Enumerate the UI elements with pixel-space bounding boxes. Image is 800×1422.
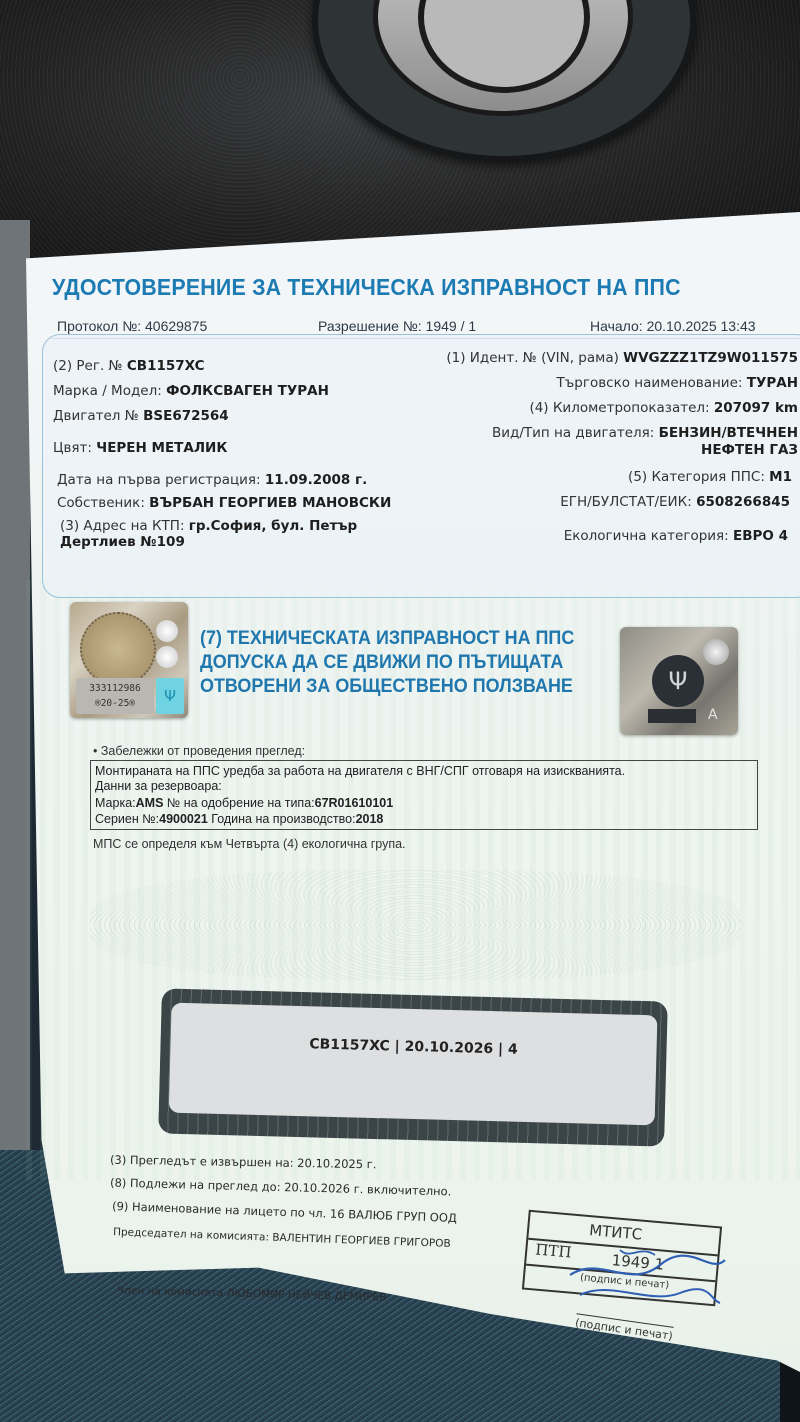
field-category: (5) Категория ППС: M1 [628,469,792,485]
value: ЧЕРЕН МЕТАЛИК [96,440,227,456]
permit-label: Разрешение №: [318,318,422,334]
plate-sticker-inner: CB1157XC | 20.10.2026 | 4 [169,1003,658,1126]
field-engine-type-cont: НЕФТЕН ГАЗ [701,442,798,458]
field-egn: ЕГН/БУЛСТАТ/ЕИК: 6508266845 [560,494,790,510]
field-first-registration: Дата на първа регистрация: 11.09.2008 г. [57,472,367,488]
plate-sticker-text: CB1157XC | 20.10.2026 | 4 [170,1033,656,1062]
plate-sticker: CB1157XC | 20.10.2026 | 4 [158,988,668,1146]
value: 11.09.2008 г. [265,472,367,488]
label: ЕГН/БУЛСТАТ/ЕИК: [560,494,692,510]
value: M1 [769,469,792,485]
value: 6508266845 [696,494,790,510]
value-line1: БЕНЗИН/ВТЕЧНЕН [659,425,798,441]
admission-statement: (7) ТЕХНИЧЕСКАТА ИЗПРАВНОСТ НА ППС ДОПУС… [200,626,574,698]
sticker-serial: 333112986 ®20-25® [76,678,154,714]
hologram-dot-icon [156,646,178,668]
hub-ring [373,0,633,116]
emblem-icon: Ψ [652,655,704,707]
serial-number: 333112986 [76,681,154,696]
hologram-dot-icon [156,620,178,642]
start-datetime: Начало: 20.10.2025 13:43 [590,318,756,334]
label: Търговско наименование: [557,375,743,391]
label: (3) Адрес на КТП: [60,518,185,534]
value: 4900021 [159,812,208,826]
value: ВЪРБАН ГЕОРГИЕВ МАНОВСКИ [149,495,391,511]
label: (4) Километропоказател: [529,400,709,416]
notes-line-2: Данни за резервоара: [95,779,222,793]
label: Вид/Тип на двигателя: [492,425,654,441]
label: Дата на първа регистрация: [57,472,261,488]
value-line2: НЕФТЕН ГАЗ [701,442,798,458]
field-trade-name: Търговско наименование: ТУРАН [557,375,798,391]
certificate-title: УДОСТОВЕРЕНИЕ ЗА ТЕХНИЧЕСКА ИЗПРАВНОСТ Н… [52,274,681,301]
label: (5) Категория ППС: [628,469,765,485]
hologram-sticker-right: Ψ A [620,627,738,735]
field-make-model: Марка / Модел: ФОЛКСВАГЕН ТУРАН [53,383,329,399]
value: 67R01610101 [315,796,394,810]
value: CB1157XC [127,358,205,374]
signature-icon [560,1245,730,1315]
redaction-bar [648,709,696,723]
stamp-authority: МТИТС [589,1221,643,1244]
permit-number: Разрешение №: 1949 / 1 [318,318,476,334]
field-ktp-address: (3) Адрес на КТП: гр.София, бул. Петър [60,518,357,534]
hologram-dot-icon [703,639,729,665]
label: Марка: [95,796,136,810]
field-reg-no: (2) Рег. № CB1157XC [53,358,204,374]
value: ФОЛКСВАГЕН ТУРАН [166,383,329,399]
value: AMS [136,796,164,810]
notes-tank-serial: Сериен №:4900021 Година на производство:… [95,812,383,826]
admission-line-1: (7) ТЕХНИЧЕСКАТА ИЗПРАВНОСТ НА ППС [200,626,574,650]
value: WVGZZZ1TZ9W011575 [623,350,798,366]
value: 207097 km [714,400,798,416]
field-engine-no: Двигател № BSE672564 [53,408,229,424]
protocol-number: Протокол №: 40629875 [57,318,207,334]
label: Марка / Модел: [53,383,162,399]
value-line2: Дертлиев №109 [60,534,185,550]
label: Година на производство: [208,812,356,826]
label: Цвят: [53,440,92,456]
field-color: Цвят: ЧЕРЕН МЕТАЛИК [53,440,227,456]
emblem-icon [80,612,156,686]
hologram-sticker-left: 333112986 ®20-25® Ψ [70,602,188,718]
protocol-value: 40629875 [145,318,207,334]
label: Двигател № [53,408,139,424]
field-odometer: (4) Километропоказател: 207097 km [529,400,798,416]
person-emblem-icon: Ψ [156,678,184,714]
field-owner: Собственик: ВЪРБАН ГЕОРГИЕВ МАНОВСКИ [57,495,391,511]
value: BSE672564 [143,408,229,424]
notes-label: • Забележки от проведения преглед: [93,744,305,758]
field-engine-type: Вид/Тип на двигателя: БЕНЗИН/ВТЕЧНЕН [492,425,798,441]
vw-logo-icon [418,0,590,93]
label: (2) Рег. № [53,358,123,374]
eco-group-note: МПС се определя към Четвърта (4) екологи… [93,837,406,851]
value: ЕВРО 4 [733,528,788,544]
label: Собственик: [57,495,145,511]
field-eco-category: Екологична категория: ЕВРО 4 [564,528,788,544]
value: 2018 [356,812,384,826]
label: Сериен №: [95,812,159,826]
guilloche-pattern [90,870,740,980]
start-label: Начало: [590,318,643,334]
permit-value: 1949 / 1 [426,318,477,334]
protocol-label: Протокол №: [57,318,141,334]
field-ktp-address-cont: Дертлиев №109 [60,534,185,550]
notes-line-1: Монтираната на ППС уредба за работа на д… [95,764,625,778]
value-line1: гр.София, бул. Петър [189,518,357,534]
sticker-letter: A [708,707,718,723]
notes-tank-brand: Марка:AMS № на одобрение на типа:67R0161… [95,796,393,810]
label: № на одобрение на типа: [163,796,314,810]
admission-line-3: ОТВОРЕНИ ЗА ОБЩЕСТВЕНО ПОЛЗВАНЕ [200,674,574,698]
admission-line-2: ДОПУСКА ДА СЕ ДВИЖИ ПО ПЪТИЩАТА [200,650,574,674]
value: ТУРАН [747,375,798,391]
start-value: 20.10.2025 13:43 [647,318,756,334]
field-vin: (1) Идент. № (VIN, рама) WVGZZZ1TZ9W0115… [446,350,798,366]
label: (1) Идент. № (VIN, рама) [446,350,619,366]
validity-period: ®20-25® [76,696,154,711]
label: Екологична категория: [564,528,729,544]
